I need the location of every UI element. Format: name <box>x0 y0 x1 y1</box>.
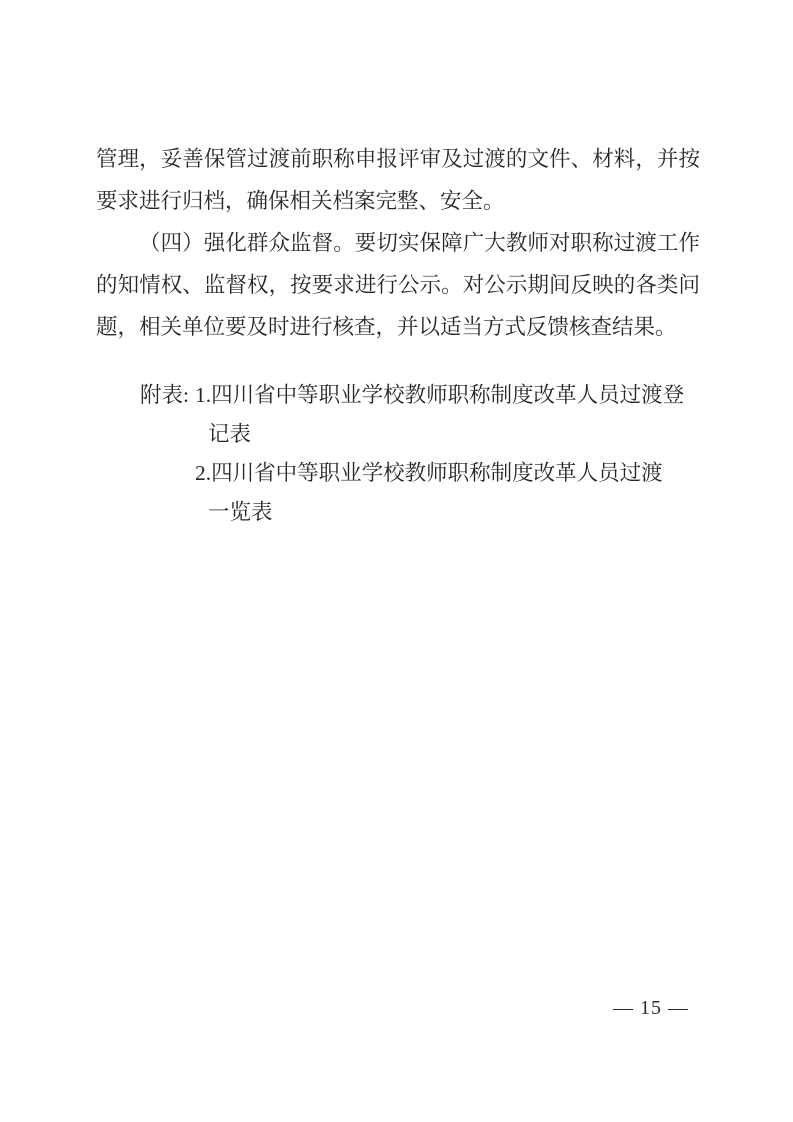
document-page: 管理，妥善保管过渡前职称申报评审及过渡的文件、材料，并按 要求进行归档，确保相关… <box>0 0 793 1122</box>
text-line: 题，相关单位要及时进行核查，并以适当方式反馈核查结果。 <box>96 306 700 348</box>
text-line: （四）强化群众监督。要切实保障广大教师对职称过渡工作 <box>96 222 700 264</box>
text-line: 要求进行归档，确保相关档案完整、安全。 <box>96 180 700 222</box>
paragraph-public-supervision: （四）强化群众监督。要切实保障广大教师对职称过渡工作 的知情权、监督权，按要求进… <box>96 222 700 348</box>
attachment-items: 1.四川省中等职业学校教师职称制度改革人员过渡登 记表 2.四川省中等职业学校教… <box>195 376 700 532</box>
attachment-item-2-line-2: 一览表 <box>195 493 700 532</box>
attachment-list: 附表: 1.四川省中等职业学校教师职称制度改革人员过渡登 记表 2.四川省中等职… <box>96 376 700 532</box>
attachment-item-2-line-1: 2.四川省中等职业学校教师职称制度改革人员过渡 <box>195 454 700 493</box>
attachment-label: 附表: <box>140 376 189 415</box>
text-line: 的知情权、监督权，按要求进行公示。对公示期间反映的各类问 <box>96 264 700 306</box>
body-text: 管理，妥善保管过渡前职称申报评审及过渡的文件、材料，并按 要求进行归档，确保相关… <box>96 138 700 532</box>
page-number: — 15 — <box>613 997 689 1020</box>
paragraph-archive-management: 管理，妥善保管过渡前职称申报评审及过渡的文件、材料，并按 要求进行归档，确保相关… <box>96 138 700 222</box>
attachment-item-1-line-1: 1.四川省中等职业学校教师职称制度改革人员过渡登 <box>195 376 700 415</box>
text-line: 管理，妥善保管过渡前职称申报评审及过渡的文件、材料，并按 <box>96 138 700 180</box>
attachment-item-1-line-2: 记表 <box>195 415 700 454</box>
